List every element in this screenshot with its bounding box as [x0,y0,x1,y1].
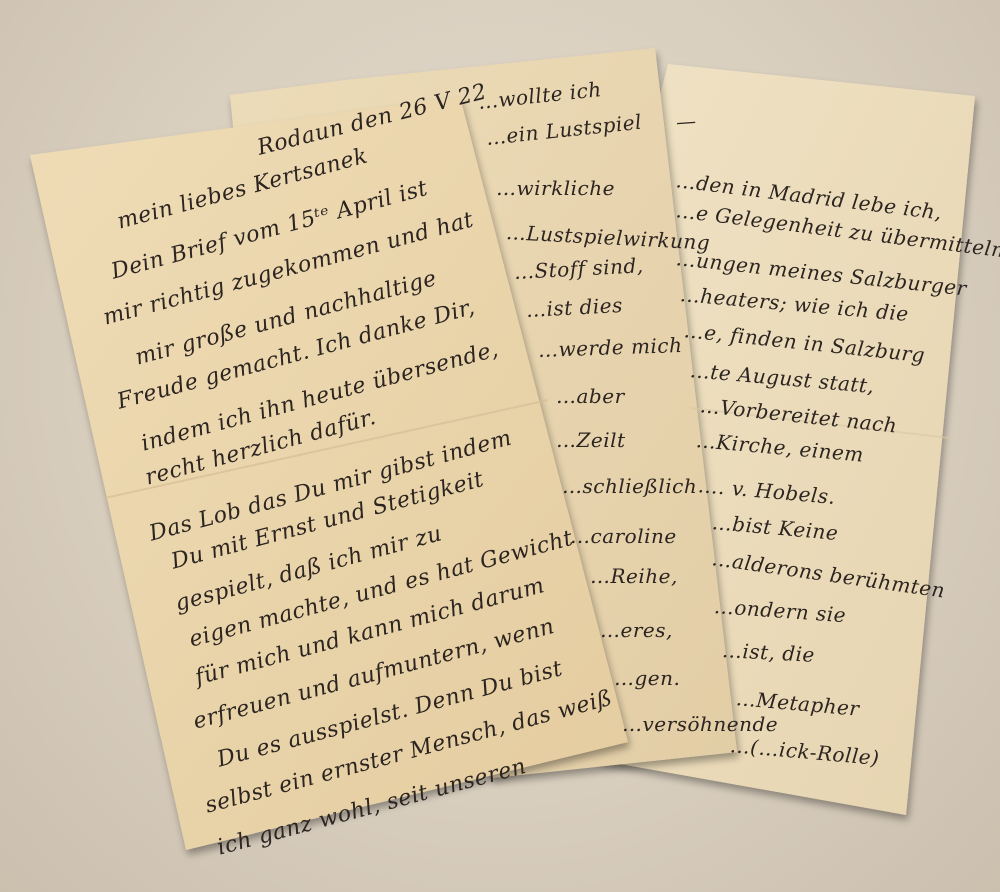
letter-line: …Zeilt [556,430,626,450]
letter-line: …versöhnende [622,714,778,734]
letter-line: …werde mich [538,335,683,360]
letter-line: …eres, [600,620,673,640]
letter-line: …caroline [570,526,677,546]
letter-line: …aber [556,386,625,406]
letter-line: …gen. [614,668,680,688]
photo-scene: — …den in Madrid lebe ich, …e Gelegenhei… [0,0,1000,892]
letter-line: …schließlich [562,476,697,496]
letter-line: …wirkliche [496,178,615,198]
letter-line: …Stoff sind, [513,255,644,282]
letter-line: — [675,111,697,132]
letter-line: …ist, die [721,640,815,665]
letter-line: …Reihe, [590,566,678,586]
letter-line: …ist dies [525,295,623,320]
